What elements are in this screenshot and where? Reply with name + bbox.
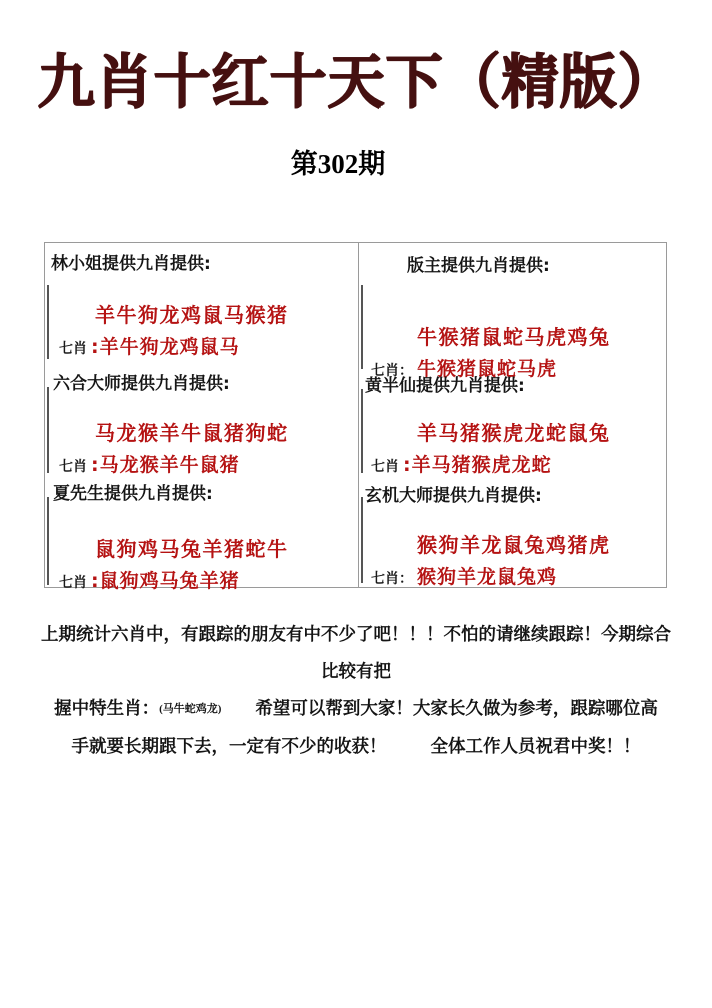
seven-label: 七肖 [59, 575, 87, 591]
seven-label: 七肖 [59, 341, 87, 357]
prediction-cell-huangbanxian: 羊马猪猴虎龙蛇鼠兔 七肖:羊马猪猴虎龙蛇 [361, 389, 661, 473]
provider-header-lin: 林小姐提供九肖提供: [51, 249, 211, 274]
provider-header-banzhu: 版主提供九肖提供: [407, 251, 550, 276]
seven-label: 七肖 [59, 459, 87, 475]
prediction-cell-liuhe: 马龙猴羊牛鼠猪狗蛇 七肖:马龙猴羊牛鼠猪 [47, 387, 353, 473]
footer-line2-text-b: 希望可以帮到大家！大家长久做为参考，跟踪哪位高 [255, 698, 658, 718]
seven-label: 七肖： [371, 571, 413, 587]
column-left: 林小姐提供九肖提供: 羊牛狗龙鸡鼠马猴猪 七肖:羊牛狗龙鸡鼠马 六合大师提供九肖… [45, 243, 359, 587]
footer-line1: 上期统计六肖中，有跟踪的朋友有中不少了吧！！！不怕的请继续跟踪！今期综合比较有把 [40, 616, 672, 690]
column-right: 版主提供九肖提供: 牛猴猪鼠蛇马虎鸡兔 七肖：牛猴猪鼠蛇马虎 黄半仙提供九肖提供… [359, 243, 666, 587]
nine-zodiac-line: 马龙猴羊牛鼠猪狗蛇 [49, 417, 353, 446]
footer-line2: 握中特生肖：(马牛蛇鸡龙)希望可以帮到大家！大家长久做为参考，跟踪哪位高 [40, 690, 672, 728]
footer-line3: 手就要长期跟下去，一定有不少的收获！全体工作人员祝君中奖！！ [40, 728, 672, 765]
page: 九肖十红十天下（精版） 第302期 林小姐提供九肖提供: 羊牛狗龙鸡鼠马猴猪 七… [0, 0, 712, 1008]
seven-zodiac-line: 七肖:马龙猴羊牛鼠猪 [49, 450, 353, 477]
seven-value: :马龙猴羊牛鼠猪 [91, 454, 240, 476]
seven-label: 七肖 [371, 459, 399, 475]
nine-zodiac-line: 羊牛狗龙鸡鼠马猴猪 [49, 299, 353, 328]
seven-value: 猴狗羊龙鼠兔鸡 [417, 566, 557, 588]
footer-special-zodiacs: (马牛蛇鸡龙) [159, 703, 221, 715]
issue-number: 第302期 [0, 142, 676, 181]
seven-value: :羊牛狗龙鸡鼠马 [91, 336, 240, 358]
seven-zodiac-line: 七肖:羊牛狗龙鸡鼠马 [49, 332, 353, 359]
prediction-cell-banzhu: 牛猴猪鼠蛇马虎鸡兔 七肖：牛猴猪鼠蛇马虎 [361, 285, 661, 369]
footer-line2-text: 握中特生肖： [54, 698, 159, 718]
prediction-cell-xia: 鼠狗鸡马兔羊猪蛇牛 七肖:鼠狗鸡马兔羊猪 [47, 497, 353, 585]
nine-zodiac-line: 鼠狗鸡马兔羊猪蛇牛 [49, 533, 353, 562]
seven-zodiac-line: 七肖：猴狗羊龙鼠兔鸡 [363, 562, 661, 589]
footer-note: 上期统计六肖中，有跟踪的朋友有中不少了吧！！！不怕的请继续跟踪！今期综合比较有把… [40, 616, 672, 765]
seven-zodiac-line: 七肖:羊马猪猴虎龙蛇 [363, 450, 661, 477]
page-title: 九肖十红十天下（精版） [0, 34, 712, 119]
footer-line3-text-b: 全体工作人员祝君中奖！！ [431, 736, 641, 756]
seven-value: :鼠狗鸡马兔羊猪 [91, 570, 240, 592]
footer-line3-text: 手就要长期跟下去，一定有不少的收获！ [72, 736, 387, 756]
nine-zodiac-line: 猴狗羊龙鼠兔鸡猪虎 [363, 529, 661, 558]
nine-zodiac-line: 羊马猪猴虎龙蛇鼠兔 [363, 417, 661, 446]
prediction-board: 林小姐提供九肖提供: 羊牛狗龙鸡鼠马猴猪 七肖:羊牛狗龙鸡鼠马 六合大师提供九肖… [44, 242, 667, 588]
prediction-cell-lin: 羊牛狗龙鸡鼠马猴猪 七肖:羊牛狗龙鸡鼠马 [47, 285, 353, 359]
seven-value: :羊马猪猴虎龙蛇 [403, 454, 552, 476]
prediction-cell-xuanji: 猴狗羊龙鼠兔鸡猪虎 七肖：猴狗羊龙鼠兔鸡 [361, 497, 661, 583]
nine-zodiac-line: 牛猴猪鼠蛇马虎鸡兔 [363, 321, 661, 350]
seven-zodiac-line: 七肖:鼠狗鸡马兔羊猪 [49, 566, 353, 593]
